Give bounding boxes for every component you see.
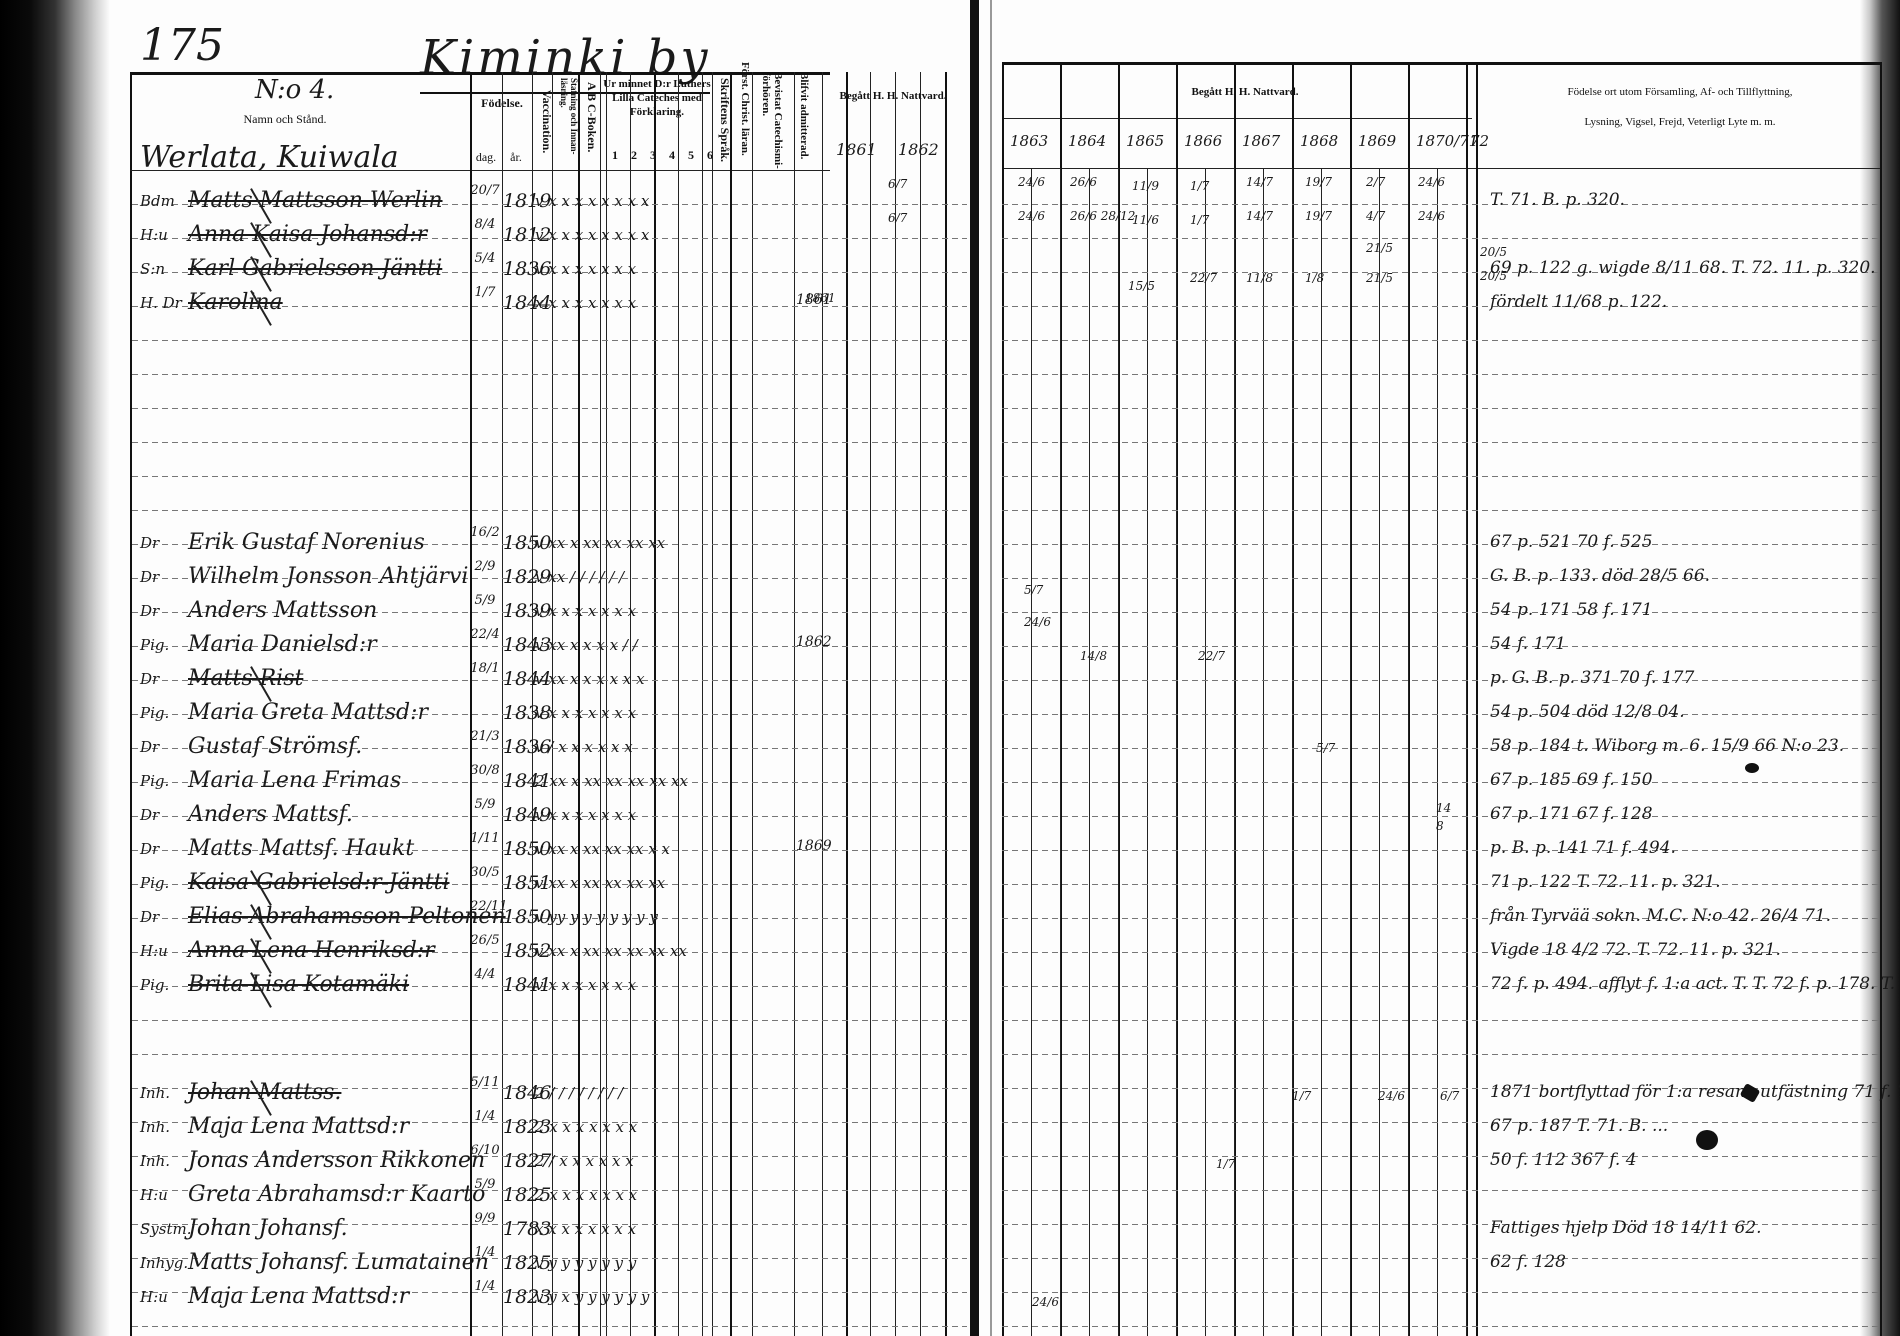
communion-date: 11/9 — [1132, 180, 1159, 193]
row-rule — [1002, 1292, 1880, 1293]
person-name: Anders Mattsf. — [188, 802, 353, 827]
catechism-col-1: 1 — [606, 148, 624, 163]
row-title: H:u — [140, 226, 168, 244]
row-rule — [1002, 646, 1880, 647]
remark: 67 p. 171 67 f. 128 — [1490, 804, 1653, 824]
row-rule — [1002, 782, 1880, 783]
row-rule — [1002, 1190, 1880, 1191]
column-rule — [702, 72, 703, 1336]
communion-year-1862: 1862 — [898, 140, 939, 159]
communion-date: 1/8 — [1305, 272, 1324, 285]
row-title: Dr — [140, 908, 159, 926]
row-rule — [132, 1326, 967, 1327]
column-rule — [752, 72, 753, 1336]
birth-day: 18/1 — [470, 662, 500, 676]
row-rule — [132, 476, 967, 477]
row-rule — [1002, 578, 1880, 579]
remark: 67 p. 185 69 f. 150 — [1490, 770, 1653, 790]
right-table-top-rule — [1002, 62, 1882, 65]
communion-year-1865: 1865 — [1126, 132, 1164, 150]
column-rule — [920, 72, 921, 1336]
communion-year-1869: 1869 — [1358, 132, 1396, 150]
communion-date: 19/7 — [1305, 176, 1332, 189]
row-rule — [132, 510, 967, 511]
row-title: Pig. — [140, 704, 169, 722]
communion-date: 26/6 28/12 — [1070, 210, 1135, 223]
person-name: Karolina — [188, 290, 283, 315]
row-rule — [1002, 680, 1880, 681]
header-spelling: Stafning och Innan-läsning. — [558, 78, 578, 168]
row-title: Dr — [140, 840, 159, 858]
communion-date: 24/6 — [1418, 176, 1445, 189]
row-title: Systm. — [140, 1220, 191, 1238]
catechism-marks: 2 x x x x x x x — [535, 1186, 637, 1204]
communion-date: 24/6 — [1018, 176, 1045, 189]
row-title: Inh. — [140, 1152, 170, 1170]
table-top-rule — [130, 72, 830, 75]
row-rule — [1002, 816, 1880, 817]
row-rule — [1002, 544, 1880, 545]
row-title: Pig. — [140, 636, 169, 654]
person-name: Matts Mattsf. Haukt — [188, 836, 414, 861]
remark: 58 p. 184 t. Wiborg m. 6. 15/9 66 N:o 23… — [1490, 736, 1844, 756]
remark: 1871 bortflyttad för 1:a resans utfästni… — [1490, 1082, 1900, 1102]
column-subrule — [1292, 168, 1293, 1336]
page-number: 175 — [140, 20, 224, 71]
scan-edge-left — [0, 0, 120, 1336]
communion-date: 14/7 — [1246, 210, 1273, 223]
catechism-marks: v xx x xx xx xx xx xx — [535, 942, 687, 960]
person-name: Greta Abrahamsd:r Kaarto — [188, 1182, 485, 1207]
communion-date: 11/6 — [1132, 214, 1159, 227]
birth-day: 2/9 — [470, 560, 500, 574]
row-rule — [1002, 476, 1880, 477]
header-christian-doctrine: Först. Christ. läran. — [739, 62, 751, 172]
birth-day: 20/7 — [470, 184, 500, 198]
birth-day: 30/5 — [470, 866, 500, 880]
communion-date: 22/7 — [1190, 272, 1217, 285]
catechism-marks: 2 xx x xx xx xx xx xx — [535, 772, 688, 790]
person-name: Maja Lena Mattsd:r — [188, 1284, 409, 1309]
header-abc: A B C-Boken. — [585, 82, 598, 167]
remark: 50 f. 112 367 f. 4 — [1490, 1150, 1637, 1170]
column-subrule — [1408, 168, 1409, 1336]
column-rule — [1476, 62, 1478, 1336]
catechism-marks: v x x x x x x x — [535, 602, 636, 620]
column-rule — [794, 72, 795, 1336]
remark: 62 f. 128 — [1490, 1252, 1566, 1272]
communion-date: 6/7 — [888, 212, 907, 225]
row-title: Pig. — [140, 976, 169, 994]
row-title: Inh. — [140, 1118, 170, 1136]
person-name: Maria Danielsd:r — [188, 632, 377, 657]
catechism-marks: v x x x x x x x — [535, 806, 636, 824]
person-name: Matts Rist — [188, 666, 303, 691]
row-rule — [1002, 714, 1880, 715]
column-subrule — [1379, 168, 1380, 1336]
row-rule — [132, 408, 967, 409]
person-name: Brita Lisa Kotamäki — [188, 972, 409, 997]
row-rule — [1002, 442, 1880, 443]
birth-day: 1/4 — [470, 1110, 500, 1124]
catechism-marks: v x x x x x x x — [535, 976, 636, 994]
communion-date: 6/7 — [888, 178, 907, 191]
communion-date: 20/5 — [1480, 270, 1507, 283]
birth-day: 22/4 — [470, 628, 500, 642]
row-rule — [132, 442, 967, 443]
birth-day: 5/4 — [470, 252, 500, 266]
communion-date: 1/7 — [1216, 1158, 1235, 1171]
communion-year-1866: 1866 — [1184, 132, 1222, 150]
communion-date: 24/6 — [1032, 1296, 1059, 1309]
row-rule — [1002, 1156, 1880, 1157]
birth-day: 1/4 — [470, 1246, 500, 1260]
column-rule — [730, 72, 732, 1336]
header-name: Namn och Stånd. — [215, 112, 355, 127]
communion-date: 8 — [1436, 820, 1444, 833]
catechism-marks: v yy y y y y y y y — [535, 908, 658, 926]
catechism-marks: v x x x x x x x x — [535, 192, 649, 210]
remark: 54 f. 171 — [1490, 634, 1566, 654]
catechism-col-2: 2 — [625, 148, 643, 163]
communion-year-1870/71: 1870/71 — [1416, 132, 1478, 150]
communion-year-1868: 1868 — [1300, 132, 1338, 150]
row-title: Dr — [140, 568, 159, 586]
person-name: Maria Lena Frimas — [188, 768, 401, 793]
row-title: Dr — [140, 806, 159, 824]
communion-date: 24/6 — [1378, 1090, 1405, 1103]
header-admitted: Blifvit admitterad. — [798, 72, 810, 172]
column-subrule — [1089, 168, 1090, 1336]
catechism-marks: 2 x x x x x x x — [535, 1118, 637, 1136]
row-title: Inh. — [140, 1084, 170, 1102]
catechism-marks: v xx x xx xx xx xx — [535, 534, 665, 552]
birth-day: 8/4 — [470, 218, 500, 232]
row-title: Pig. — [140, 772, 169, 790]
communion-date: 24/6 — [1018, 210, 1045, 223]
header-birth-day: dag. — [472, 150, 500, 165]
catechism-marks: v x x x x x x x — [535, 704, 636, 722]
communion-date: 19/7 — [1305, 210, 1332, 223]
birth-day: 16/2 — [470, 526, 500, 540]
column-rule — [678, 72, 679, 1336]
row-title: Dr — [140, 602, 159, 620]
remark: 67 p. 521 70 f. 525 — [1490, 532, 1653, 552]
remark: Vigde 18 4/2 72. T. 72. 11. p. 321. — [1490, 940, 1781, 960]
birth-day: 21/3 — [470, 730, 500, 744]
communion-date: 14/7 — [1246, 176, 1273, 189]
communion-year-1867: 1867 — [1242, 132, 1280, 150]
birth-day: 26/5 — [470, 934, 500, 948]
row-title: H:u — [140, 1186, 168, 1204]
column-rule — [945, 72, 947, 1336]
remark: 54 p. 504 död 12/8 04. — [1490, 702, 1685, 722]
communion-date: 15/5 — [1128, 280, 1155, 293]
communion-date: 4/7 — [1366, 210, 1385, 223]
remark: T. 71. B. p. 320. — [1490, 190, 1625, 210]
catechism-col-3: 3 — [644, 148, 662, 163]
person-name: Wilhelm Jonsson Ahtjärvi — [188, 564, 468, 589]
communion-date: 1/7 — [1190, 214, 1209, 227]
column-rule — [1880, 62, 1882, 1336]
header-catechism: Ur minnet D:r Luthers Lilla Cateches med… — [603, 78, 711, 119]
row-title: Bdm — [140, 192, 175, 210]
catechism-marks: v xx x x x x x x — [535, 670, 645, 688]
person-name: Karl Gabrielsson Jäntti — [188, 256, 442, 281]
catechism-marks: v y x y y y y y y — [535, 1288, 649, 1306]
catechism-marks: v xx x xx xx xx x x — [535, 840, 670, 858]
person-name: Matts Mattsson Werlin — [188, 188, 443, 213]
header-communion-left: Begått H. H. Nattvard. — [823, 90, 963, 104]
table-left-border — [130, 72, 132, 1336]
catechism-col-6: 6 — [701, 148, 719, 163]
communion-date: 1861 — [805, 292, 836, 305]
admitted-year: 1869 — [796, 838, 832, 854]
row-title: H:u — [140, 942, 168, 960]
communion-date: 1/7 — [1292, 1090, 1311, 1103]
header-catechism-hearing: Bevistat Catechismi-förhören. — [760, 72, 784, 172]
birth-day: 5/9 — [470, 798, 500, 812]
household-number: N:o 4. — [255, 75, 334, 105]
person-name: Johan Mattss. — [188, 1080, 341, 1105]
row-rule — [1002, 204, 1880, 205]
farm-name: Werlata, Kuiwala — [140, 140, 399, 175]
catechism-marks: 2 / x x x x x x — [535, 1152, 634, 1170]
birth-day: 1/4 — [470, 1280, 500, 1294]
row-rule — [132, 340, 967, 341]
person-name: Maria Greta Mattsd:r — [188, 700, 428, 725]
communion-date: 14 — [1436, 802, 1451, 815]
catechism-marks: v xx x xx xx xx xx — [535, 874, 665, 892]
birth-day: 4/4 — [470, 968, 500, 982]
row-rule — [1002, 510, 1880, 511]
row-rule — [1002, 1326, 1880, 1327]
column-subrule — [1263, 168, 1264, 1336]
ink-blot — [1696, 1130, 1718, 1150]
remark: p. G. B. p. 371 70 f. 177 — [1490, 668, 1694, 688]
communion-date: 26/6 — [1070, 176, 1097, 189]
catechism-marks: v / x x x x x x — [535, 738, 633, 756]
right-header-bottom-rule — [1002, 168, 1882, 169]
communion-date: 5/7 — [1024, 584, 1043, 597]
communion-date: 1/7 — [1190, 180, 1209, 193]
row-rule — [1002, 1054, 1880, 1055]
communion-date: 5/7 — [1316, 742, 1335, 755]
column-rule — [712, 72, 713, 1336]
communion-date: 2/7 — [1366, 176, 1385, 189]
birth-day: 1/7 — [470, 286, 500, 300]
column-subrule — [1437, 168, 1438, 1336]
column-subrule — [1205, 168, 1206, 1336]
communion-date: 6/7 — [1440, 1090, 1459, 1103]
catechism-marks: x x x x x x x x — [535, 1220, 636, 1238]
row-rule — [1002, 340, 1880, 341]
row-rule — [132, 1020, 967, 1021]
row-title: Dr — [140, 738, 159, 756]
column-rule — [822, 72, 823, 1336]
column-rule — [895, 72, 896, 1336]
catechism-marks: 2 / / / / / / / / — [535, 1084, 623, 1102]
row-rule — [1002, 374, 1880, 375]
header-remarks-line1: Födelse ort utom Församling, Af- och Til… — [1490, 86, 1870, 100]
person-name: Jonas Andersson Rikkonen — [188, 1148, 485, 1173]
header-communion-right: Begått H. H. Nattvard. — [1100, 86, 1390, 100]
row-title: H. Dr — [140, 294, 182, 312]
row-title: Dr — [140, 534, 159, 552]
row-title: Inhyg. — [140, 1254, 188, 1272]
birth-day: 6/10 — [470, 1144, 500, 1158]
birth-day: 9/9 — [470, 1212, 500, 1226]
catechism-marks: v x x x x x x x x — [535, 226, 649, 244]
row-rule — [132, 1054, 967, 1055]
remark: 69 p. 122 g. wigde 8/11 68. T. 72. 11. p… — [1490, 258, 1876, 278]
birth-day: 1/11 — [470, 832, 500, 846]
remark: 67 p. 187 T. 71. B. ... — [1490, 1116, 1668, 1136]
remark: 54 p. 171 58 f. 171 — [1490, 600, 1653, 620]
book-gutter-shadow — [990, 0, 992, 1336]
row-rule — [1002, 238, 1880, 239]
person-name: Matts Johansf. Lumatainen — [188, 1250, 489, 1275]
header-birth-year: år. — [502, 150, 530, 165]
person-name: Kaisa Gabrielsd:r Jäntti — [188, 870, 450, 895]
column-rule — [846, 72, 848, 1336]
communion-date: 22/7 — [1198, 650, 1225, 663]
catechism-marks: v x x x x x x x — [535, 260, 636, 278]
remark: G. B. p. 133. död 28/5 66. — [1490, 566, 1710, 586]
communion-date: 24/6 — [1024, 616, 1051, 629]
row-title: Dr — [140, 670, 159, 688]
catechism-marks: x x x x x x x x — [535, 294, 636, 312]
communion-year-72: 72 — [1470, 132, 1489, 150]
communion-year-1863: 1863 — [1010, 132, 1048, 150]
column-subrule — [1466, 168, 1467, 1336]
person-name: Erik Gustaf Norenius — [188, 530, 425, 555]
birth-day: 5/9 — [470, 594, 500, 608]
remark: fördelt 11/68 p. 122. — [1490, 292, 1667, 312]
column-subrule — [1031, 168, 1032, 1336]
person-name: Anna Lena Henriksd:r — [188, 938, 435, 963]
row-rule — [1002, 306, 1880, 307]
catechism-marks: v xx / / / / / / — [535, 568, 624, 586]
right-year-rule — [1002, 118, 1472, 119]
row-rule — [1002, 612, 1880, 613]
remark: 72 f. p. 494. afflyt f. 1:a act. T. T. 7… — [1490, 974, 1900, 994]
column-subrule — [1176, 168, 1177, 1336]
row-rule — [1002, 850, 1880, 851]
person-name: Anders Mattsson — [188, 598, 377, 623]
catechism-marks: v xx x x x x / / — [535, 636, 638, 654]
column-subrule — [1350, 168, 1351, 1336]
person-name: Gustaf Strömsf. — [188, 734, 362, 759]
birth-day: 30/8 — [470, 764, 500, 778]
column-rule — [1002, 62, 1004, 1336]
row-title: H:u — [140, 1288, 168, 1306]
header-remarks-line2: Lysning, Vigsel, Frejd, Veterligt Lyte m… — [1490, 116, 1870, 130]
birth-day: 5/11 — [470, 1076, 500, 1090]
row-title: Pig. — [140, 874, 169, 892]
remark: från Tyrvää sokn. M.C. N:o 42. 26/4 71. — [1490, 906, 1831, 926]
communion-year-1864: 1864 — [1068, 132, 1106, 150]
communion-date: 11/8 — [1246, 272, 1273, 285]
row-rule — [1002, 1258, 1880, 1259]
row-rule — [1002, 884, 1880, 885]
person-name: Johan Johansf. — [188, 1216, 348, 1241]
row-rule — [132, 374, 967, 375]
communion-date: 14/8 — [1080, 650, 1107, 663]
column-subrule — [1118, 168, 1119, 1336]
row-rule — [1002, 408, 1880, 409]
person-name: Elias Abrahamsson Peltonen — [188, 904, 506, 929]
birth-day: 22/11 — [470, 900, 500, 914]
admitted-year: 1862 — [796, 634, 832, 650]
communion-date: 21/5 — [1366, 272, 1393, 285]
remark: p. B. p. 141 71 f. 494. — [1490, 838, 1676, 858]
column-subrule — [1060, 168, 1061, 1336]
ink-blot — [1745, 763, 1759, 773]
person-name: Anna Kaisa Johansd:r — [188, 222, 427, 247]
communion-date: 20/5 — [1480, 246, 1507, 259]
book-gutter — [970, 0, 979, 1336]
communion-date: 24/6 — [1418, 210, 1445, 223]
row-title: S:n — [140, 260, 165, 278]
catechism-col-5: 5 — [682, 148, 700, 163]
column-subrule — [1147, 168, 1148, 1336]
row-rule — [1002, 1122, 1880, 1123]
row-rule — [1002, 1020, 1880, 1021]
remark: 71 p. 122 T. 72. 11. p. 321. — [1490, 872, 1721, 892]
column-rule — [870, 72, 871, 1336]
catechism-marks: v y y y y y y y — [535, 1254, 636, 1272]
birth-day: 5/9 — [470, 1178, 500, 1192]
remark: Fattiges hjelp Död 18 14/11 62. — [1490, 1218, 1762, 1238]
column-rule — [654, 72, 656, 1336]
communion-date: 21/5 — [1366, 242, 1393, 255]
person-name: Maja Lena Mattsd:r — [188, 1114, 409, 1139]
